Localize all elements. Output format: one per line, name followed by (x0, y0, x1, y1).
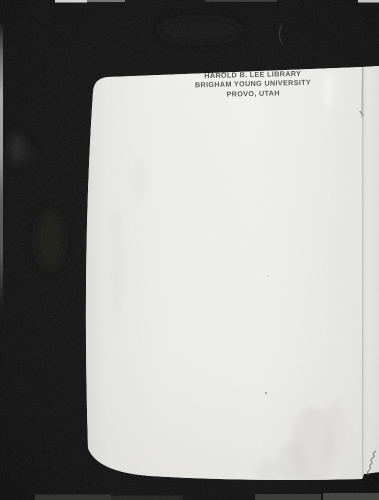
scanned-book-page: HAROLD B. LEE LIBRARY BRIGHAM YOUNG UNIV… (0, 0, 379, 500)
library-stamp: HAROLD B. LEE LIBRARY BRIGHAM YOUNG UNIV… (177, 68, 330, 100)
